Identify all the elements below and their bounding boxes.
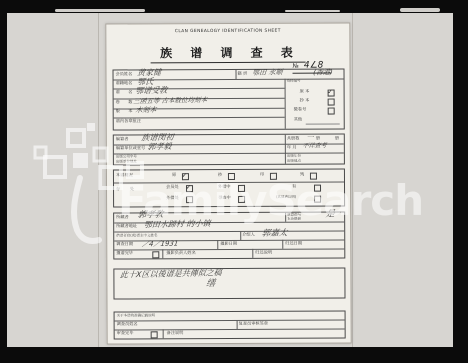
film-band-right [453,0,468,363]
grid-line [115,328,345,330]
owner-label: 所藏者 [116,215,129,219]
done-checkbox [152,251,159,258]
remarks-label: 备注说明 [167,331,184,335]
introducer-label: 介绍人 [242,233,255,237]
film-scratch [285,10,340,12]
row-value: 鄂谱受敎 [135,87,168,96]
ref-opt-checkbox [328,99,335,106]
grid-line [285,79,286,129]
table-compiler: 编纂者 族谱閔初 共册数 一 册 册 编纂单位或堂号 郭孝毅 年 月 不详查考 … [113,133,345,165]
publisher-addr-label: 出版单位地址 [116,160,137,164]
sheet-edge-right [352,13,353,347]
microfilm-scan: CLAN GENEALOGY IDENTIFICATION SHEET 族 谱 … [0,0,468,363]
form-title: 族 谱 调 查 表 [150,44,306,64]
introducer-value: 郭嘉太 [261,229,287,238]
table-condition: 本谱现况 原 抄 印 残 存 处 会员处 外借中 有 外借处 寻查中 (其他请注… [113,168,345,207]
location-opt-label: 外借处 [166,196,179,200]
grid-line [282,240,283,249]
condition-opt-label: 残 [300,173,304,177]
volumes-unit: 册 [335,137,339,141]
location-opt-label: 寻查中 [218,196,231,200]
location-opt-checkbox [186,196,193,203]
surveyor-label: 调查员姓名 [117,322,138,326]
ref-opt-checkbox [328,108,335,115]
location-opt-checkbox [186,185,193,192]
ref-number-header: 资料编号 [287,80,301,84]
location-opt-checkbox [314,185,321,192]
compiler-org-value: 郭孝毅 [147,143,172,152]
condition-opt-label: 原 [172,173,176,177]
form-page: CLAN GENEALOGY IDENTIFICATION SHEET 族 谱 … [105,22,351,344]
volumes-label: 共册数 [287,137,300,141]
sheet-edge-left [98,13,99,347]
note-line: 此十X区以後谱是共傳似之稿 [120,269,222,279]
ref-opt-label: 原 本 [300,90,310,94]
location-opt-checkbox [238,185,245,192]
done-label: 摄谱完毕 [116,251,133,255]
grid-line [237,320,238,329]
ref-opt-label: 抄 本 [300,99,310,103]
review-done-label: 审查完毕 [117,331,134,335]
owner-address-label: 所藏者地址 [116,224,137,228]
note-line: 缮 [206,280,216,289]
film-band-bottom [0,347,468,363]
film-scratch [55,9,145,12]
location-opt-label: 外借中 [218,185,231,189]
grid-line [163,329,164,338]
grid-line [114,248,344,250]
row-label: 谱内各章批注 [116,119,141,123]
pub-place-label: 出版地点 [287,159,301,163]
location-opt-checkbox [314,196,321,203]
location-opt-label: 会员处 [166,185,179,189]
volumes-unit: 册 [316,137,320,141]
location-opt-checkbox [238,196,245,203]
grid-line [240,231,241,240]
ref-opt-checkbox [328,90,335,97]
photographer-label: 摄影负责人姓名 [166,251,195,255]
return-note-label: 归还说明 [255,251,272,255]
review-done-checkbox [151,331,158,338]
lend-label: 本会摄影 [287,218,301,222]
publisher-label: 出版公司字号 [116,155,137,159]
condition-opt-label: 印 [260,173,264,177]
grid-line [217,240,218,249]
year-month-value: 不详查考 [302,143,327,150]
note-box: 此十X区以後谱是共傳似之稿 缮 [113,267,345,299]
compiler-org-label: 编纂单位或堂号 [116,146,145,150]
grid-line [252,249,253,258]
row-label: 谱 名 [116,90,133,94]
member-name-label: 会员姓名 [116,72,133,76]
owner-address-value: 鄂田水蹄村 的小镇 [143,220,210,229]
film-band-left [0,0,7,363]
grid-line [285,135,286,164]
condition-opt-checkbox [182,173,189,180]
location-opt-label: (其他请注明) [276,196,296,200]
compiler-label: 编纂者 [116,137,129,141]
volumes-value: 一 [306,135,314,142]
row-label: 版 本 [116,109,133,113]
condition-label: 本谱现况 [116,173,133,177]
row-value: 木刻本 [135,107,157,114]
borrower-label: 借谱者启(或)谱主中文姓名 [116,234,157,238]
pub-year-label: 出版年份 [287,155,301,159]
grid-line [114,152,344,154]
grid-line [162,249,163,258]
condition-opt-label: 抄 [218,173,222,177]
ref-opt-label: 其他 [294,118,302,122]
condition-opt-checkbox [270,173,277,180]
condition-opt-checkbox [228,173,235,180]
return-date-label: 归还日期 [285,242,302,246]
grid-line [114,230,344,232]
survey-date-value: ／4／1931 [142,241,179,249]
sheet-english-label: CLAN GENEALOGY IDENTIFICATION SHEET [140,29,315,34]
reviewer-label: 复查员审核签章 [239,322,268,326]
ref-other-line [306,124,340,125]
row-label: 卷 数 [116,100,133,104]
condition-opt-checkbox [310,173,317,180]
year-month-label: 年 月 [287,146,297,150]
grid-line [114,181,344,183]
table-owner: 所藏者 郭孝敎 愿意借与 本会摄影 是 所藏者地址 鄂田水蹄村 的小镇 借谱者启… [113,211,345,259]
row-label: 谱籍地名 [116,81,133,85]
photo-date-label: 摄影日期 [220,242,237,246]
location-label: 存 处 [116,187,137,191]
grid-line [285,213,286,222]
table-review: 关于本谱的准确记载说明 调查员姓名 复查员审核签章 审查完毕 备注说明 [114,310,346,339]
ref-opt-label: 微卷号 [294,108,307,112]
survey-date-label: 调查日期 [116,242,133,246]
origin-note: (香港) [313,69,333,76]
origin-value: 鄂田 永顺 [252,69,283,77]
lend-value: 是 [325,210,335,219]
location-opt-label: 有 [292,185,296,189]
grid-line [115,319,345,321]
film-scratch [400,8,440,12]
owner-value: 郭孝敎 [137,211,163,220]
member-name-value: 黄家健 [137,69,162,78]
grid-line [236,70,237,79]
table-identity: 会员姓名 黄家健 籍 贯 鄂田 永顺 (香港) 谱籍地名 鄂氏 谱 名 鄂谱受敎… [113,68,345,130]
row-value: 三函五等 古本数位均刻本 [133,97,207,105]
record-note-label: 关于本谱的准确记载说明 [117,314,156,318]
origin-label: 籍 贯 [238,72,248,76]
